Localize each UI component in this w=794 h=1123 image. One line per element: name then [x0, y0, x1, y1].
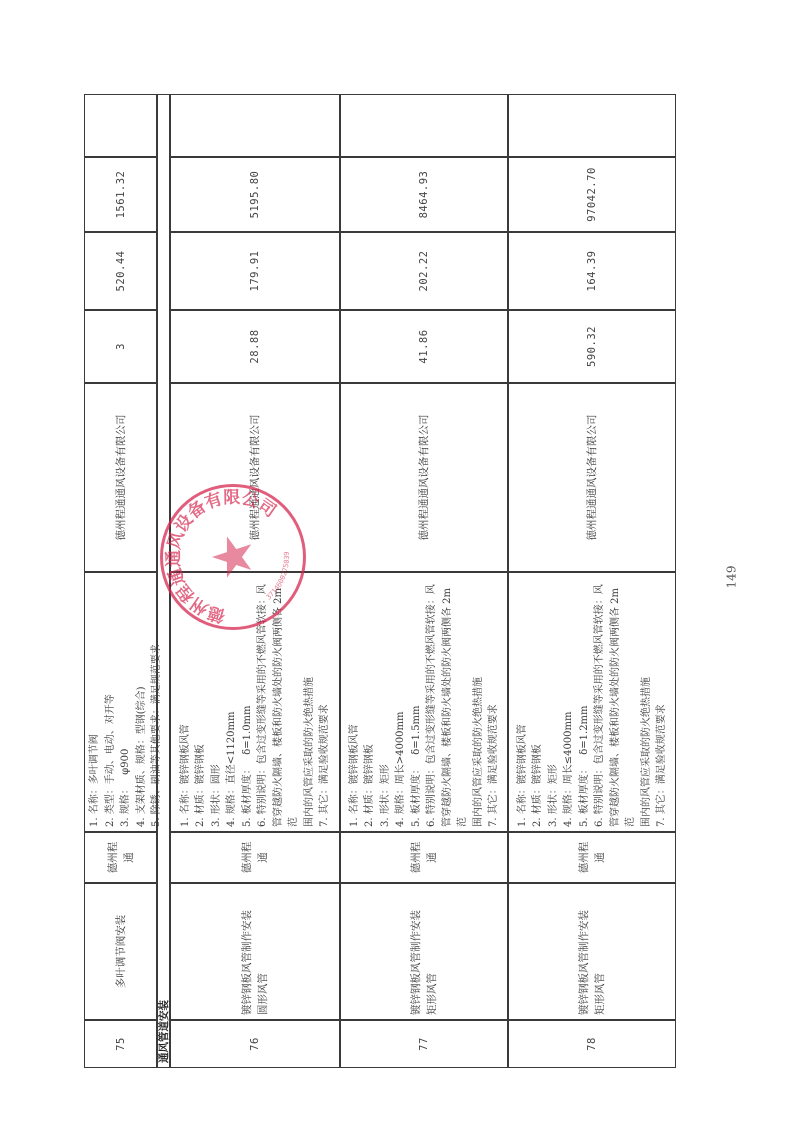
cell-index: 77: [340, 1020, 508, 1068]
cell-item-name: 多叶调节阀安装: [84, 883, 157, 1020]
cell-remark: [170, 94, 340, 157]
cell-remark: [84, 94, 157, 157]
svg-text:德州程通通风设备有限公司: 德州程通通风设备有限公司: [163, 488, 279, 627]
cell-quantity: 28.88: [170, 310, 340, 383]
cell-description: 1. 名称：镀锌钢板风管 2. 材质：镀锌钢板 3. 形状：矩形 4. 规格：周…: [508, 572, 676, 832]
cell-description: 1. 名称：镀锌钢板风管 2. 材质：镀锌钢板 3. 形状：矩形 4. 规格：周…: [340, 572, 508, 832]
rotated-table-sheet: 75 多叶调节阀安装 德州程通 1. 名称：多叶调节阀 2. 类型：手动、电动、…: [84, 94, 676, 1068]
svg-text:3714600275039: 3714600275039: [265, 551, 291, 601]
seal-ring-text: 德州程通通风设备有限公司 3714600275039: [163, 487, 303, 627]
cell-unit-price: 179.91: [170, 232, 340, 310]
cell-brand: 德州程通: [508, 832, 676, 883]
page-number: 149: [724, 566, 738, 589]
cell-quantity: 3: [84, 310, 157, 383]
cell-brand: 德州程通: [170, 832, 340, 883]
cell-manufacturer: 德州程通通风设备有限公司: [340, 383, 508, 572]
cell-description: 1. 名称：多叶调节阀 2. 类型：手动、电动、对开等 3. 规格： φ900 …: [84, 572, 157, 832]
cell-total: 8464.93: [340, 157, 508, 232]
cell-index: 78: [508, 1020, 676, 1068]
cell-unit-price: 202.22: [340, 232, 508, 310]
cell-item-name: 镀锌钢板风管制作安装 圆形风管: [170, 883, 340, 1020]
cell-unit-price: 164.39: [508, 232, 676, 310]
cell-unit-price: 520.44: [84, 232, 157, 310]
cell-quantity: 590.32: [508, 310, 676, 383]
cell-item-name: 镀锌钢板风管制作安装 矩形风管: [340, 883, 508, 1020]
cell-brand: 德州程通: [340, 832, 508, 883]
company-seal-stamp: ★ 德州程通通风设备有限公司 3714600275039: [160, 484, 306, 630]
cell-total: 1561.32: [84, 157, 157, 232]
cell-index: 75: [84, 1020, 157, 1068]
cell-item-name: 镀锌钢板风管制作安装 矩形风管: [508, 883, 676, 1020]
cell-total: 5195.80: [170, 157, 340, 232]
cell-remark: [340, 94, 508, 157]
cell-index: 76: [170, 1020, 340, 1068]
cell-total: 97042.70: [508, 157, 676, 232]
cell-remark: [508, 94, 676, 157]
cell-manufacturer: 德州程通通风设备有限公司: [508, 383, 676, 572]
cell-brand: 德州程通: [84, 832, 157, 883]
cell-manufacturer: 德州程通通风设备有限公司: [84, 383, 157, 572]
cell-quantity: 41.86: [340, 310, 508, 383]
